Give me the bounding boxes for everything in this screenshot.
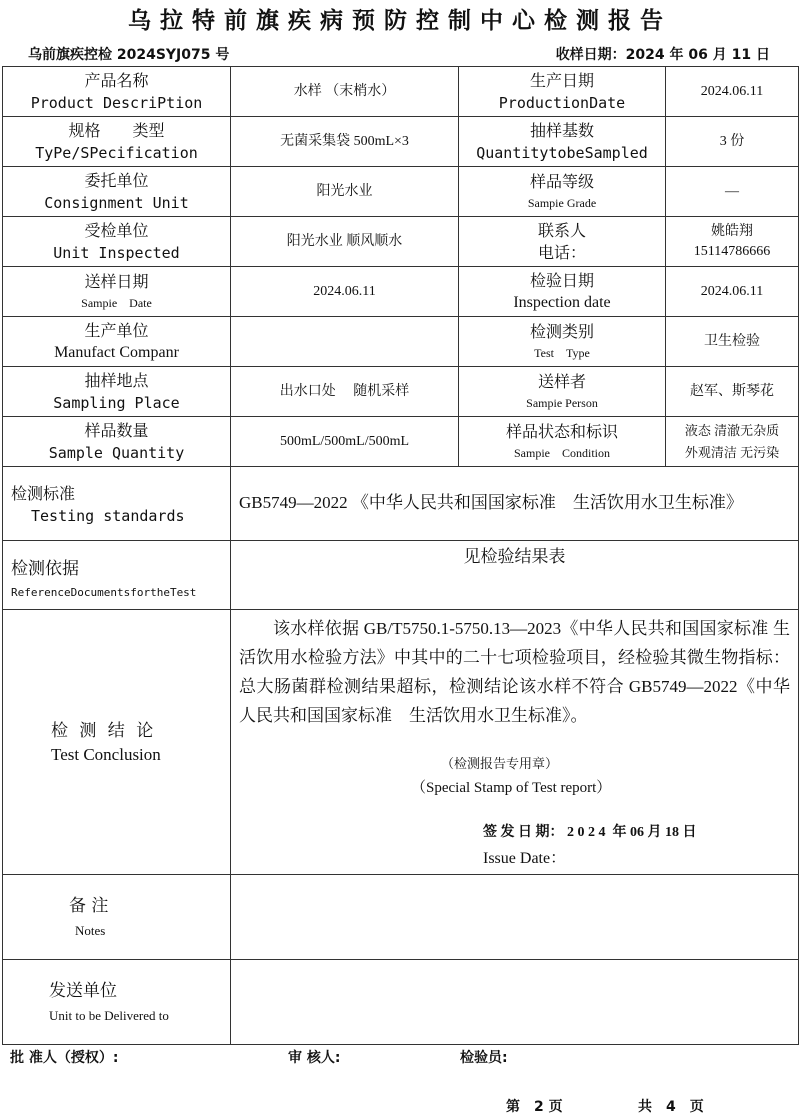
label-sample-quantity: 样品数量 Sample Quantity bbox=[3, 417, 231, 467]
table-row: 规格 类型 TyPe/SPecification 无菌采集袋 500mL×3 抽… bbox=[3, 117, 799, 167]
received-date: 收样日期：2024 年 06 月 11 日 bbox=[556, 44, 770, 64]
value-sample-quantity: 500mL/500mL/500mL bbox=[231, 417, 459, 467]
table-row: 备 注 Notes bbox=[3, 875, 799, 960]
stamp-label-en: （Special Stamp of Test report） bbox=[411, 777, 798, 799]
value-consignment-unit: 阳光水业 bbox=[231, 167, 459, 217]
label-conclusion: 检 测 结 论 Test Conclusion bbox=[3, 610, 231, 875]
report-title: 乌拉特前旗疾病预防控制中心检测报告 bbox=[0, 2, 800, 35]
conclusion-text: 该水样依据 GB/T5750.1-5750.13—2023《中华人民共和国国家标… bbox=[231, 610, 798, 730]
label-sample-grade: 样品等级 Sampie Grade bbox=[459, 167, 666, 217]
value-conclusion: 该水样依据 GB/T5750.1-5750.13—2023《中华人民共和国国家标… bbox=[231, 610, 799, 875]
label-sampling-place: 抽样地点 Sampling Place bbox=[3, 367, 231, 417]
page-current: 第 2 页 bbox=[506, 1096, 563, 1116]
table-row: 检测标准 Testing standards GB5749—2022 《中华人民… bbox=[3, 467, 799, 541]
label-test-type: 检测类别 Test Type bbox=[459, 317, 666, 367]
table-row: 生产单位 Manufact Companr 检测类别 Test Type 卫生检… bbox=[3, 317, 799, 367]
label-manufacturer: 生产单位 Manufact Companr bbox=[3, 317, 231, 367]
label-sample-person: 送样者 Sampie Person bbox=[459, 367, 666, 417]
label-specification: 规格 类型 TyPe/SPecification bbox=[3, 117, 231, 167]
value-contact: 姚皓翔 15114786666 bbox=[666, 217, 799, 267]
value-product-description: 水样 （末梢水） bbox=[231, 67, 459, 117]
page-total: 共 4 页 bbox=[638, 1096, 704, 1116]
table-row: 检测依据 ReferenceDocumentsfortheTest 见检验结果表 bbox=[3, 541, 799, 610]
value-sample-person: 赵军、斯琴花 bbox=[666, 367, 799, 417]
issue-date-en: Issue Date： bbox=[483, 849, 798, 869]
label-quantity-sampled: 抽样基数 QuantitytobeSampled bbox=[459, 117, 666, 167]
label-unit-inspected: 受检单位 Unit Inspected bbox=[3, 217, 231, 267]
value-notes bbox=[231, 875, 799, 960]
table-row: 样品数量 Sample Quantity 500mL/500mL/500mL 样… bbox=[3, 417, 799, 467]
issue-date-cn: 签 发 日 期： 2 0 2 4 年 06 月 18 日 bbox=[483, 823, 798, 843]
value-sampling-place: 出水口处 随机采样 bbox=[231, 367, 459, 417]
value-inspection-date: 2024.06.11 bbox=[666, 267, 799, 317]
stamp-label-cn: （检测报告专用章） bbox=[441, 753, 798, 775]
value-reference: 见检验结果表 bbox=[231, 541, 799, 610]
label-delivered-to: 发送单位 Unit to be Delivered to bbox=[3, 960, 231, 1045]
label-notes: 备 注 Notes bbox=[3, 875, 231, 960]
value-sample-condition: 液态 清澈无杂质 外观清洁 无污染 bbox=[666, 417, 799, 467]
value-production-date: 2024.06.11 bbox=[666, 67, 799, 117]
label-consignment-unit: 委托单位 Consignment Unit bbox=[3, 167, 231, 217]
value-delivered-to bbox=[231, 960, 799, 1045]
report-number: 乌前旗疾控检 2024SYJ075 号 bbox=[28, 44, 229, 64]
label-contact: 联系人 电话： bbox=[459, 217, 666, 267]
label-inspection-date: 检验日期 Inspection date bbox=[459, 267, 666, 317]
value-manufacturer bbox=[231, 317, 459, 367]
value-specification: 无菌采集袋 500mL×3 bbox=[231, 117, 459, 167]
value-sample-date: 2024.06.11 bbox=[231, 267, 459, 317]
report-table: 产品名称 Product DescriPtion 水样 （末梢水） 生产日期 P… bbox=[2, 66, 799, 1045]
table-row: 送样日期 Sampie Date 2024.06.11 检验日期 Inspect… bbox=[3, 267, 799, 317]
value-test-type: 卫生检验 bbox=[666, 317, 799, 367]
value-testing-standards: GB5749—2022 《中华人民共和国国家标准 生活饮用水卫生标准》 bbox=[231, 467, 799, 541]
table-row: 发送单位 Unit to be Delivered to bbox=[3, 960, 799, 1045]
table-row: 受检单位 Unit Inspected 阳光水业 顺风顺水 联系人 电话： 姚皓… bbox=[3, 217, 799, 267]
table-row: 抽样地点 Sampling Place 出水口处 随机采样 送样者 Sampie… bbox=[3, 367, 799, 417]
inspector-signature: 检验员: bbox=[460, 1047, 508, 1067]
label-reference: 检测依据 ReferenceDocumentsfortheTest bbox=[3, 541, 231, 610]
label-testing-standards: 检测标准 Testing standards bbox=[3, 467, 231, 541]
label-sample-condition: 样品状态和标识 Sampie Condition bbox=[459, 417, 666, 467]
table-row: 检 测 结 论 Test Conclusion 该水样依据 GB/T5750.1… bbox=[3, 610, 799, 875]
value-unit-inspected: 阳光水业 顺风顺水 bbox=[231, 217, 459, 267]
label-sample-date: 送样日期 Sampie Date bbox=[3, 267, 231, 317]
label-product-description: 产品名称 Product DescriPtion bbox=[3, 67, 231, 117]
approver-signature: 批 准人（授权）: bbox=[10, 1047, 118, 1067]
value-quantity-sampled: 3 份 bbox=[666, 117, 799, 167]
reviewer-signature: 审 核人: bbox=[288, 1047, 340, 1067]
table-row: 产品名称 Product DescriPtion 水样 （末梢水） 生产日期 P… bbox=[3, 67, 799, 117]
value-sample-grade: — bbox=[666, 167, 799, 217]
label-production-date: 生产日期 ProductionDate bbox=[459, 67, 666, 117]
table-row: 委托单位 Consignment Unit 阳光水业 样品等级 Sampie G… bbox=[3, 167, 799, 217]
